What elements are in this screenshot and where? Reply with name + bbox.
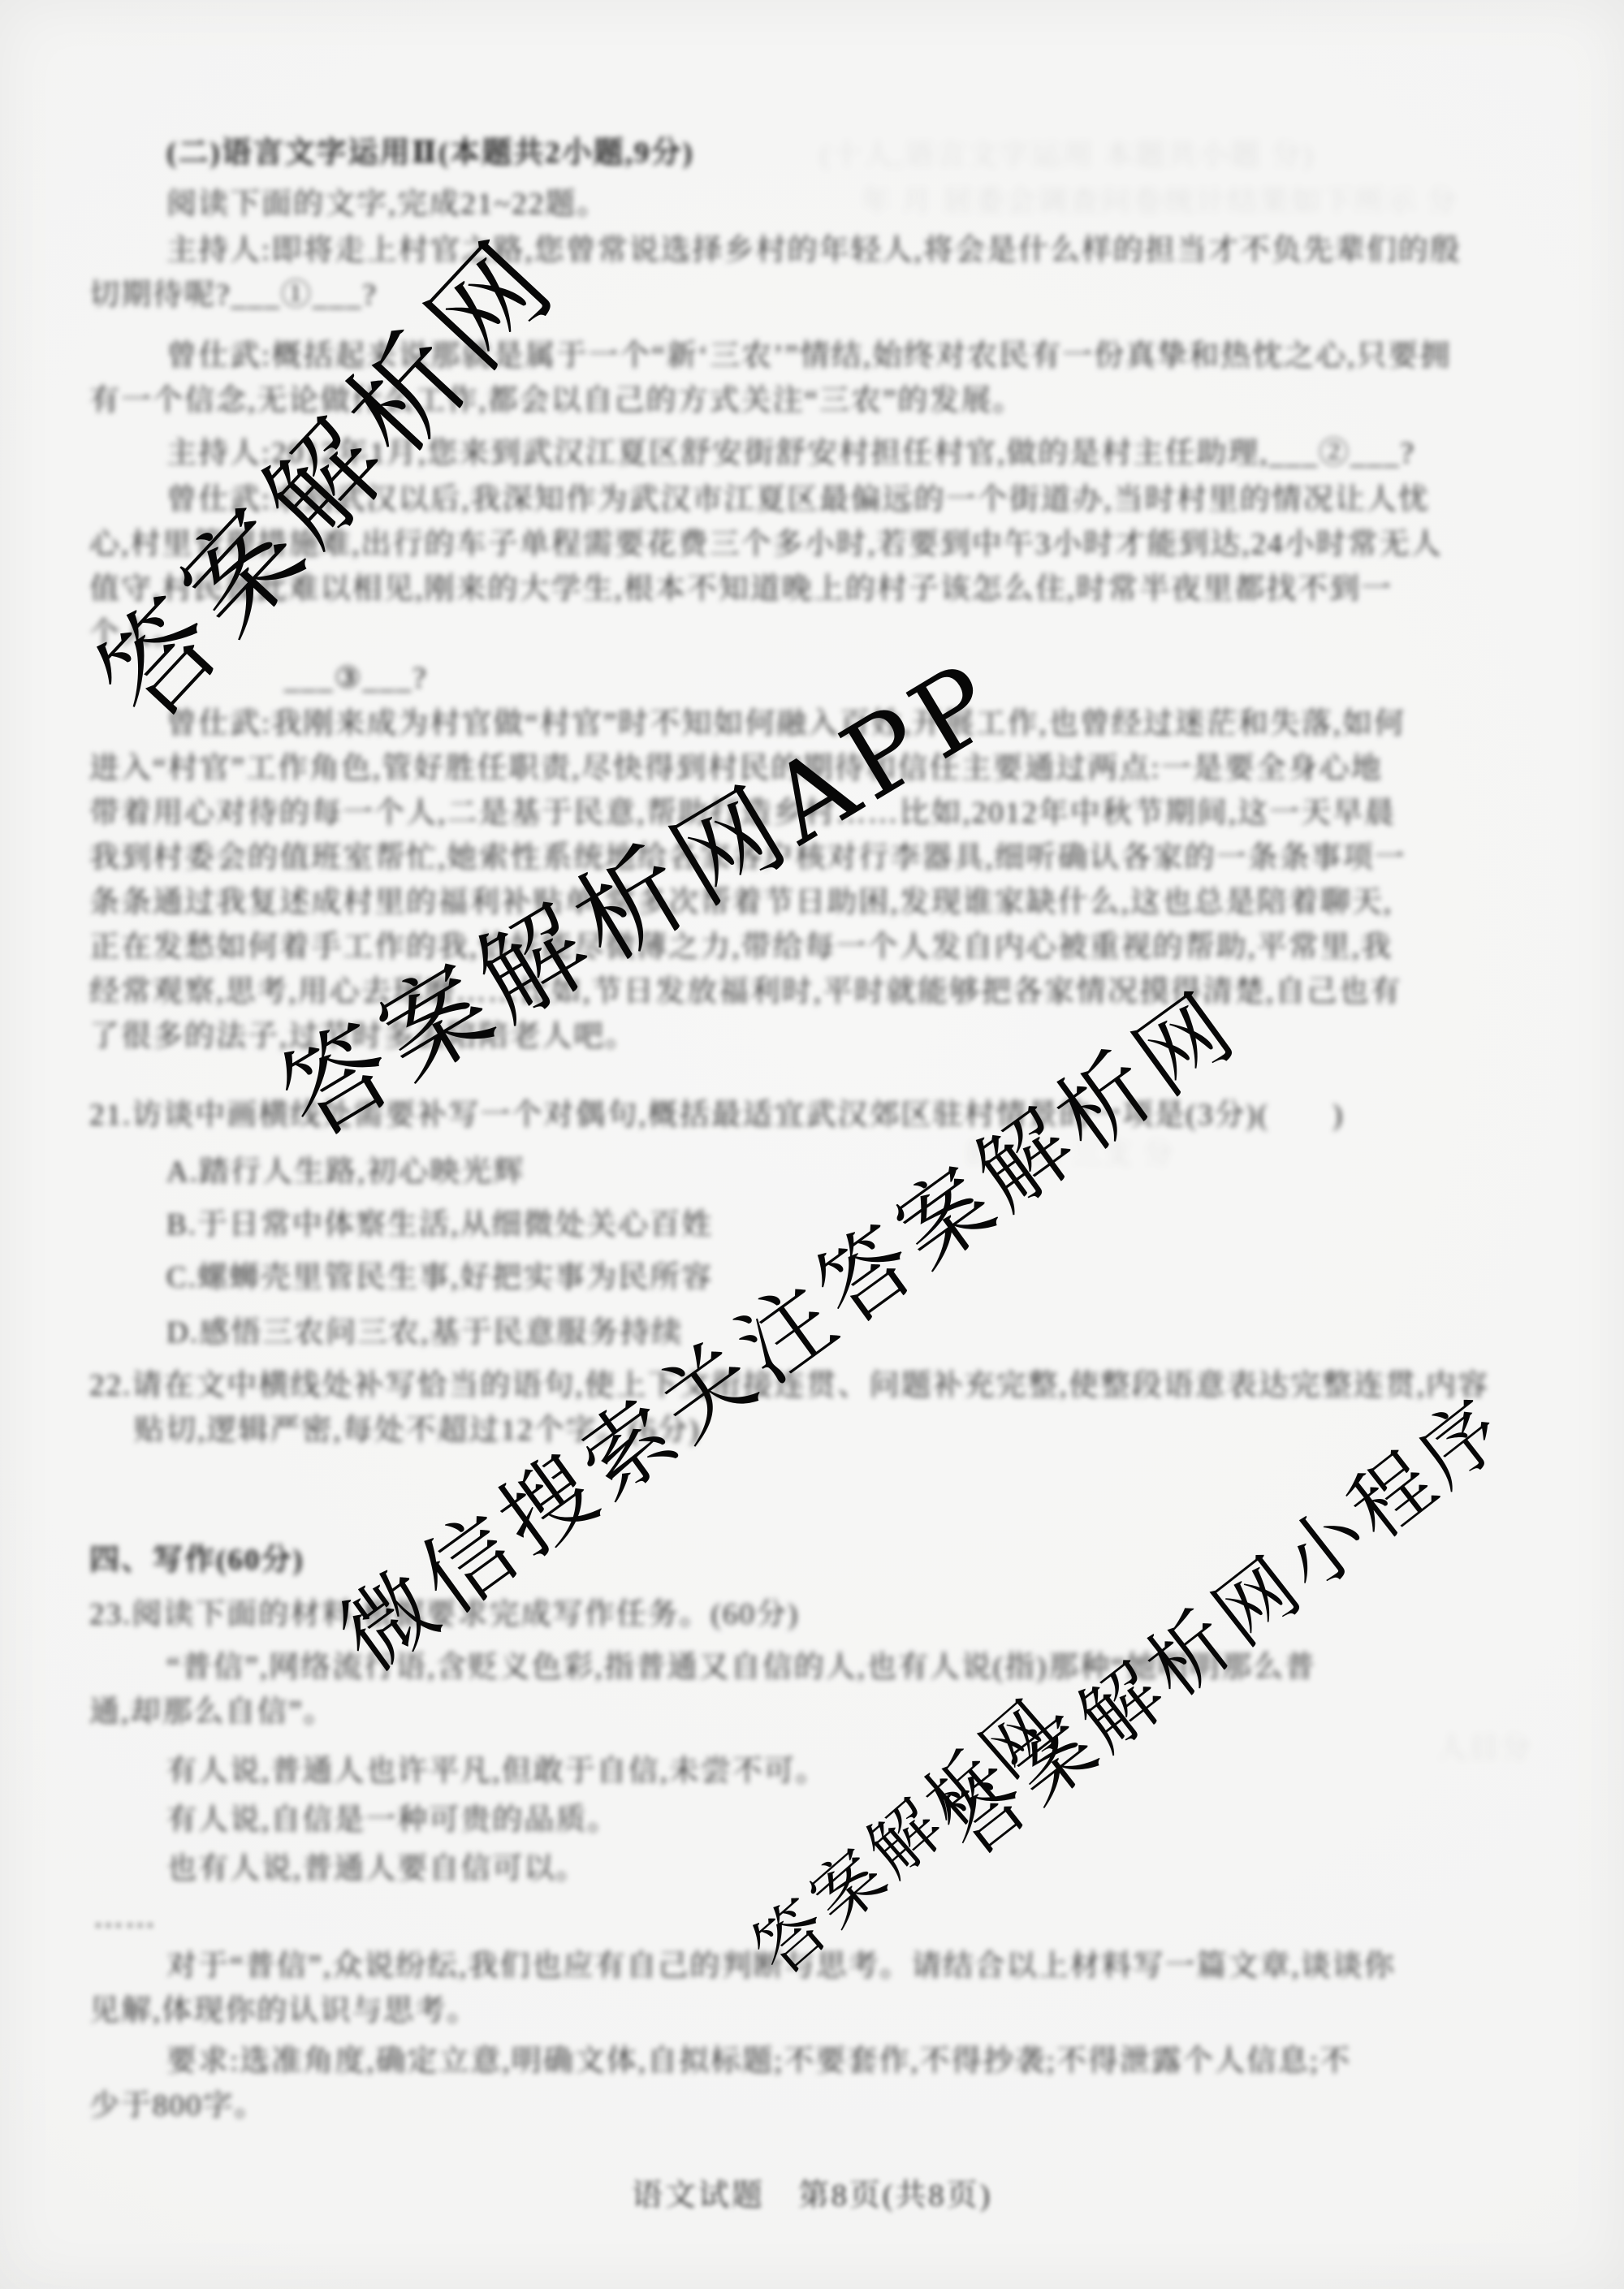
text-line: 少于800字。	[89, 2087, 266, 2126]
text-line: 正在发愁如何着手工作的我,恰好能尽微薄之力,带给每一个人发自内心被重视的帮助,平…	[89, 928, 1393, 967]
text-line: 主持人:即将走上村官之路,您曾常说选择乡村的年轻人,将会是什么样的担当才不负先辈…	[166, 231, 1462, 270]
text-line: B.于日常中体察生活,从细微处关心百姓	[166, 1206, 713, 1245]
text-line: 曾仕武:我刚来成为村官做“村官”时不知如何融入百姓,开展工作,也曾经过迷茫和失落…	[166, 705, 1406, 744]
text-line: C.螺蛳壳里管民生事,好把实事为民所容	[166, 1259, 713, 1298]
text-line: 见解,体现你的认识与思考。	[89, 1992, 478, 2031]
ghost-text-line: (十人,语言文字运用 本题共小题 分)	[820, 136, 1314, 175]
text-line: 有人说,自信是一种可贵的品质。	[166, 1801, 619, 1840]
text-line: D.感悟三农问三农,基于民意服务持续	[166, 1314, 683, 1353]
ghost-text-line: 年 月 居委会调查问卷统计结果如下所示 分	[861, 183, 1458, 222]
ghost-text-line: 人目分	[1437, 1730, 1532, 1769]
text-line: (二)语言文字运用Ⅱ(本题共2小题,9分)	[166, 134, 694, 173]
text-line: 也有人说,普通人要自信可以。	[166, 1850, 587, 1889]
text-line: 通,却那么自信”。	[89, 1693, 335, 1732]
text-line: 有人说,普通人也许平凡,但敢于自信,未尝不可。	[166, 1752, 827, 1791]
text-line: 四、写作(60分)	[89, 1541, 304, 1580]
text-line: ……	[93, 1898, 157, 1937]
page-footer: 语文试题 第8页(共8页)	[0, 2170, 1624, 2214]
text-line: ___③___?	[284, 659, 428, 698]
text-line: 有一个信念,无论做什么工作,都会以自己的方式关注“三农”的发展。	[89, 382, 1024, 421]
text-line: 阅读下面的文字,完成21~22题。	[166, 185, 608, 224]
text-line: A.踏行人生路,初心映光辉	[166, 1153, 525, 1192]
exam-scan-page: (二)语言文字运用Ⅱ(本题共2小题,9分)阅读下面的文字,完成21~22题。主持…	[0, 0, 1624, 2289]
text-line: 切期待呢?___①___?	[89, 276, 378, 315]
text-line: 要求:选准角度,确定立意,明确文体,自拟标题;不要套作,不得抄袭;不得泄露个人信…	[166, 2042, 1351, 2081]
